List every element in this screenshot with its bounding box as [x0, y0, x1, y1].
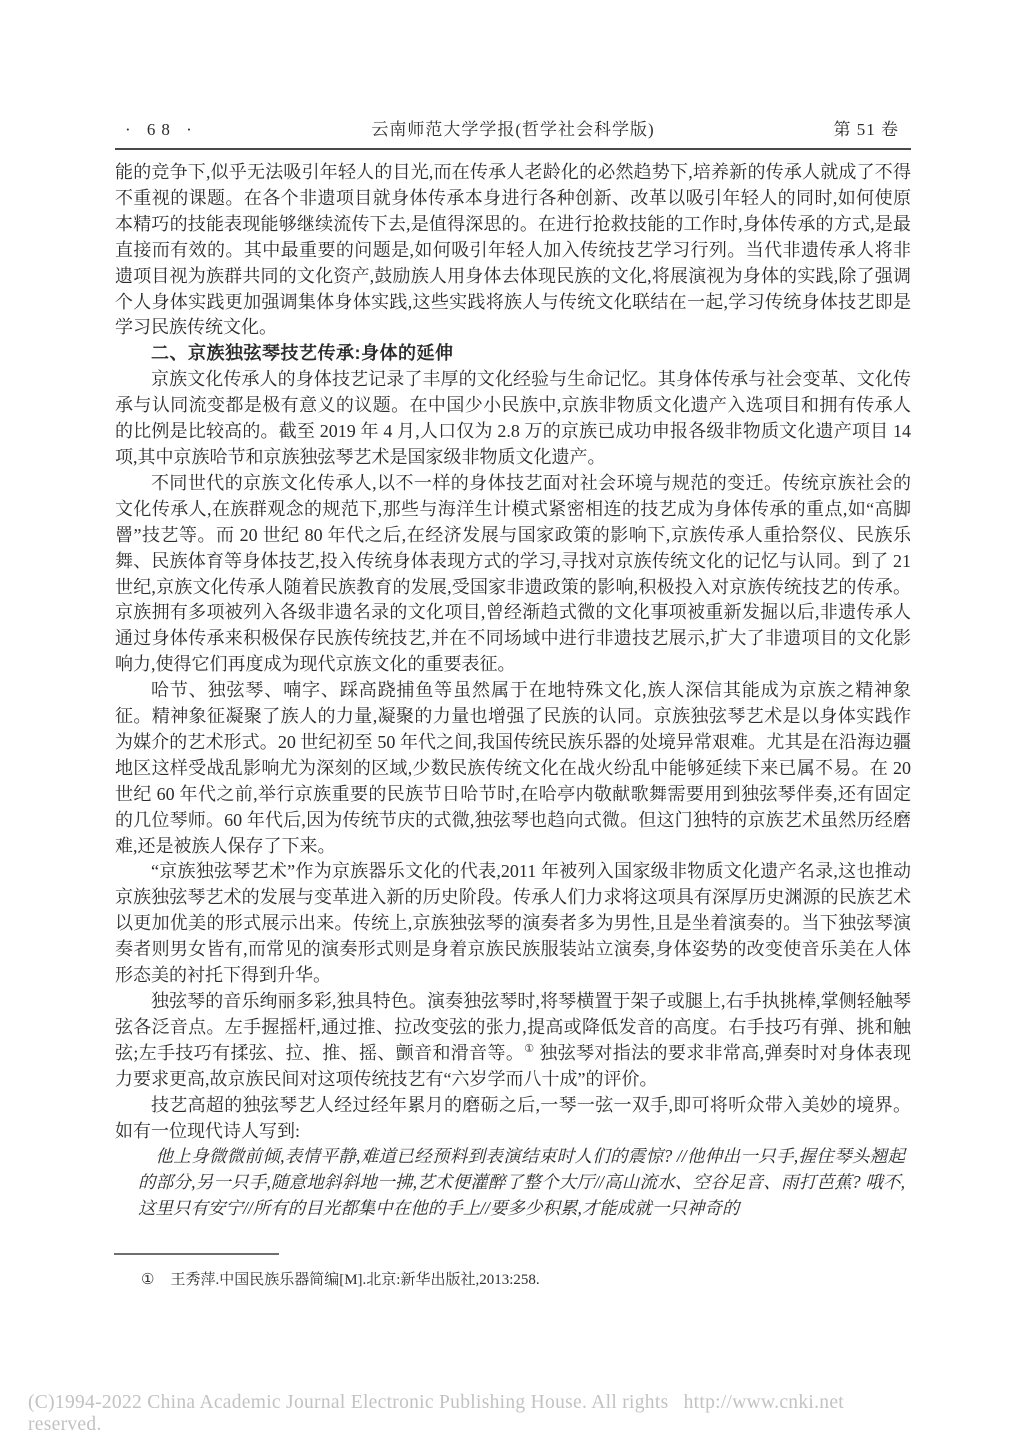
footnote-text: 王秀萍.中国民族乐器简编[M].北京:新华出版社,2013:258.	[170, 1272, 539, 1288]
journal-title: 云南师范大学学报(哲学社会科学版)	[371, 115, 654, 140]
page-number: · 68 ·	[115, 120, 371, 140]
footnote: ①王秀萍.中国民族乐器简编[M].北京:新华出版社,2013:258.	[141, 1268, 911, 1289]
paragraph: 技艺高超的独弦琴艺人经过经年累月的磨砺之后,一琴一弦一双手,即可将听众带入美妙的…	[115, 1093, 911, 1145]
footnote-marker: ①	[141, 1272, 154, 1288]
header-rule	[115, 148, 911, 150]
cnki-url: http://www.cnki.net	[684, 1392, 844, 1414]
paragraph: 京族文化传承人的身体技艺记录了丰厚的文化经验与生命记忆。其身体传承与社会变革、文…	[115, 367, 911, 471]
paragraph-with-footnote: 独弦琴的音乐绚丽多彩,独具特色。演奏独弦琴时,将琴横置于架子或腿上,右手执挑棒,…	[115, 989, 911, 1093]
volume-label: 第 51 卷	[655, 115, 911, 140]
watermark-footer: (C)1994-2022 China Academic Journal Elec…	[28, 1392, 844, 1436]
article-body: 能的竞争下,似乎无法吸引年轻人的目光,而在传承人老龄化的必然趋势下,培养新的传承…	[115, 160, 911, 1222]
footnote-divider	[114, 1253, 279, 1255]
copyright-text: (C)1994-2022 China Academic Journal Elec…	[28, 1392, 684, 1436]
scanned-paper-page: · 68 · 云南师范大学学报(哲学社会科学版) 第 51 卷 能的竞争下,似乎…	[0, 0, 1024, 1448]
poem-quote: 他上身微微前倾,表情平静,难道已经预料到表演结束时人们的震惊? //他伸出一只手…	[138, 1144, 905, 1222]
running-head: · 68 · 云南师范大学学报(哲学社会科学版) 第 51 卷	[115, 115, 911, 140]
paragraph: “京族独弦琴艺术”作为京族器乐文化的代表,2011 年被列入国家级非物质文化遗产…	[115, 859, 911, 989]
paragraph: 哈节、独弦琴、喃字、踩高跷捕鱼等虽然属于在地特殊文化,族人深信其能成为京族之精神…	[115, 678, 911, 859]
paragraph-continuation: 能的竞争下,似乎无法吸引年轻人的目光,而在传承人老龄化的必然趋势下,培养新的传承…	[115, 160, 911, 341]
footnote-ref-superscript: ①	[524, 1043, 534, 1055]
paragraph: 不同世代的京族文化传承人,以不一样的身体技艺面对社会环境与规范的变迁。传统京族社…	[115, 471, 911, 678]
section-heading: 二、京族独弦琴技艺传承:身体的延伸	[115, 341, 911, 367]
